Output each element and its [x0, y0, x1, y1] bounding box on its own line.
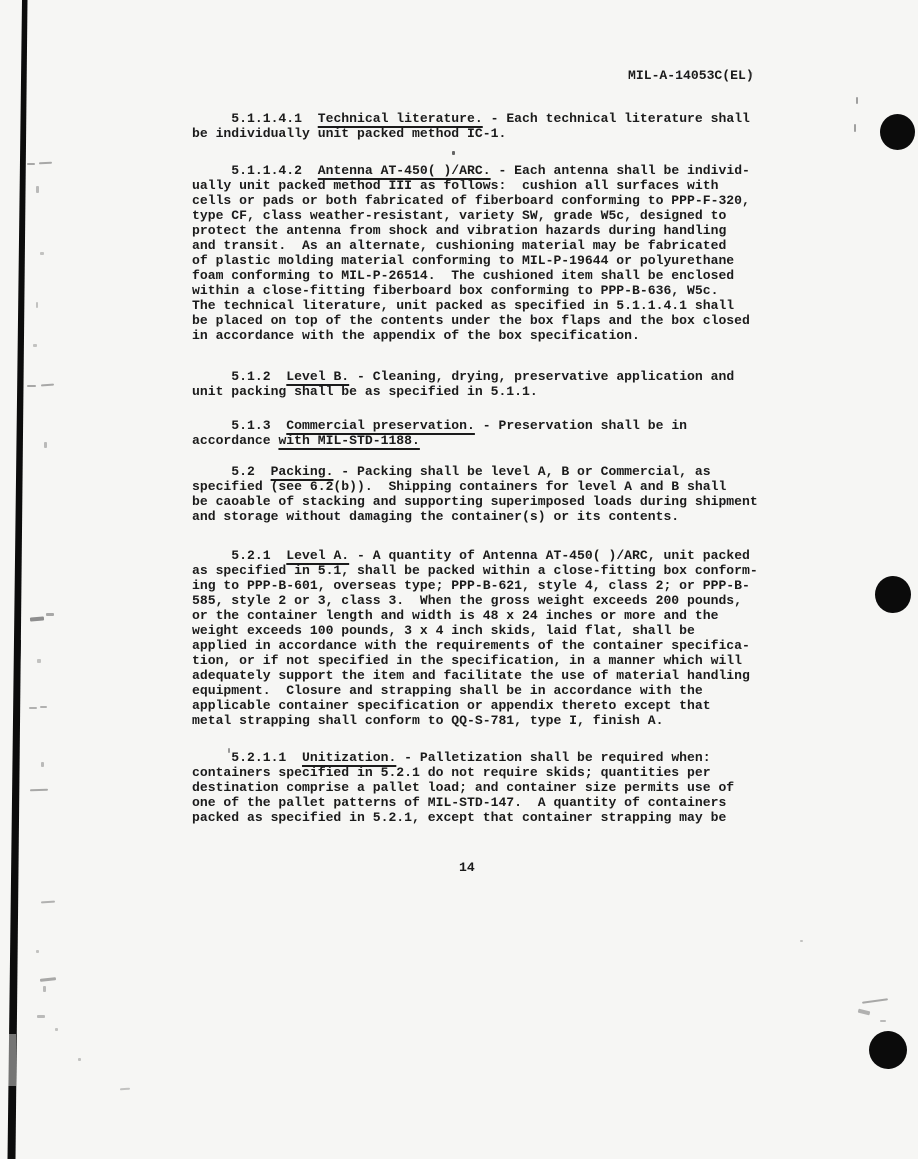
text-line: 5.1.2 Level B. - Cleaning, drying, prese…	[192, 369, 792, 384]
text-line: specified (see 6.2(b)). Shipping contain…	[192, 479, 792, 494]
scan-artifact-mark	[37, 1015, 45, 1018]
text-line: 585, style 2 or 3, class 3. When the gro…	[192, 593, 792, 608]
text-line: type CF, class weather-resistant, variet…	[192, 208, 792, 223]
page-number: 14	[459, 860, 475, 875]
scan-artifact-mark	[854, 124, 856, 132]
text-line: as specified in 5.1, shall be packed wit…	[192, 563, 792, 578]
text-line: containers specified in 5.2.1 do not req…	[192, 765, 792, 780]
text-line: one of the pallet patterns of MIL-STD-14…	[192, 795, 792, 810]
scan-artifact-mark	[40, 706, 47, 708]
scan-artifact-mark	[800, 940, 803, 942]
text-line: 5.2.1.1 Unitization. - Palletization sha…	[192, 750, 792, 765]
text-line: unit packing shall be as specified in 5.…	[192, 384, 792, 399]
scan-artifact-mark	[856, 97, 858, 104]
scan-artifact-mark	[228, 748, 230, 753]
scan-artifact-mark	[40, 252, 44, 255]
text-line: in accordance with the appendix of the b…	[192, 328, 792, 343]
text-line: equipment. Closure and strapping shall b…	[192, 683, 792, 698]
text-line: 5.1.3 Commercial preservation. - Preserv…	[192, 418, 792, 433]
text-line: be placed on top of the contents under t…	[192, 313, 792, 328]
scan-artifact-mark	[41, 762, 44, 767]
scan-artifact-mark	[29, 707, 37, 709]
underlined-heading-phrase: Level A.	[286, 548, 349, 563]
text-line: protect the antenna from shock and vibra…	[192, 223, 792, 238]
text-line: ually unit packed method III as follows:…	[192, 178, 792, 193]
text-line: 5.2 Packing. - Packing shall be level A,…	[192, 464, 792, 479]
scan-artifact-mark	[36, 186, 39, 193]
para-5-1-2: 5.1.2 Level B. - Cleaning, drying, prese…	[192, 369, 792, 399]
text-line: and transit. As an alternate, cushioning…	[192, 238, 792, 253]
scanned-document-page: MIL-A-14053C(EL) 5.1.1.4.1 Technical lit…	[0, 0, 918, 1159]
para-5-1-1-4-1: 5.1.1.4.1 Technical literature. - Each t…	[192, 111, 792, 141]
text-line: tion, or if not specified in the specifi…	[192, 653, 792, 668]
binder-hole-dot	[869, 1031, 907, 1069]
text-line: and storage without damaging the contain…	[192, 509, 792, 524]
scan-artifact-mark	[55, 1028, 58, 1031]
para-5-1-1-4-2: 5.1.1.4.2 Antenna AT-450( )/ARC. - Each …	[192, 163, 792, 343]
text-line: 5.1.1.4.2 Antenna AT-450( )/ARC. - Each …	[192, 163, 792, 178]
scan-artifact-mark	[36, 950, 39, 953]
text-line: applied in accordance with the requireme…	[192, 638, 792, 653]
text-line: 5.1.1.4.1 Technical literature. - Each t…	[192, 111, 792, 126]
text-line: be individually unit packed method IC-1.	[192, 126, 792, 141]
underlined-heading-phrase: Level B.	[286, 369, 349, 384]
text-line: metal strapping shall conform to QQ-S-78…	[192, 713, 792, 728]
text-line: cells or pads or both fabricated of fibe…	[192, 193, 792, 208]
underlined-heading-phrase: Unitization.	[302, 750, 396, 765]
scan-artifact-mark	[880, 1020, 886, 1022]
scan-artifact-mark	[36, 302, 38, 308]
scan-artifact-mark	[33, 344, 37, 347]
binder-hole-dot	[880, 114, 915, 150]
scan-artifact-mark	[44, 442, 47, 448]
underlined-heading-phrase: Packing.	[271, 464, 334, 479]
scan-artifact-mark	[452, 151, 455, 155]
text-line: within a close-fitting fiberboard box co…	[192, 283, 792, 298]
document-body: 5.1.1.4.1 Technical literature. - Each t…	[0, 0, 918, 1159]
scan-artifact-mark	[27, 385, 36, 387]
text-line: weight exceeds 100 pounds, 3 x 4 inch sk…	[192, 623, 792, 638]
text-line: packed as specified in 5.2.1, except tha…	[192, 810, 792, 825]
text-line: foam conforming to MIL-P-26514. The cush…	[192, 268, 792, 283]
underlined-heading-phrase: Technical literature.	[318, 111, 483, 126]
scan-artifact-mark	[43, 986, 46, 992]
text-line: of plastic molding material conforming t…	[192, 253, 792, 268]
text-line: The technical literature, unit packed as…	[192, 298, 792, 313]
underlined-heading-phrase: with MIL-STD-1188.	[278, 433, 419, 448]
scan-artifact-mark	[46, 613, 54, 616]
underlined-heading-phrase: Commercial preservation.	[286, 418, 475, 433]
text-line: adequately support the item and facilita…	[192, 668, 792, 683]
scan-artifact-mark	[37, 659, 41, 663]
text-line: destination comprise a pallet load; and …	[192, 780, 792, 795]
para-5-2-1-1: 5.2.1.1 Unitization. - Palletization sha…	[192, 750, 792, 825]
text-line: ing to PPP-B-601, overseas type; PPP-B-6…	[192, 578, 792, 593]
text-line: 5.2.1 Level A. - A quantity of Antenna A…	[192, 548, 792, 563]
binder-hole-dot	[875, 576, 911, 613]
scan-artifact-mark	[27, 163, 35, 165]
text-line: be caoable of stacking and supporting su…	[192, 494, 792, 509]
para-5-2: 5.2 Packing. - Packing shall be level A,…	[192, 464, 792, 524]
text-line: applicable container specification or ap…	[192, 698, 792, 713]
para-5-1-3: 5.1.3 Commercial preservation. - Preserv…	[192, 418, 792, 448]
text-line: accordance with MIL-STD-1188.	[192, 433, 792, 448]
underlined-heading-phrase: Antenna AT-450( )/ARC.	[318, 163, 491, 178]
para-5-2-1: 5.2.1 Level A. - A quantity of Antenna A…	[192, 548, 792, 728]
scan-artifact-mark	[78, 1058, 81, 1061]
text-line: or the container length and width is 48 …	[192, 608, 792, 623]
